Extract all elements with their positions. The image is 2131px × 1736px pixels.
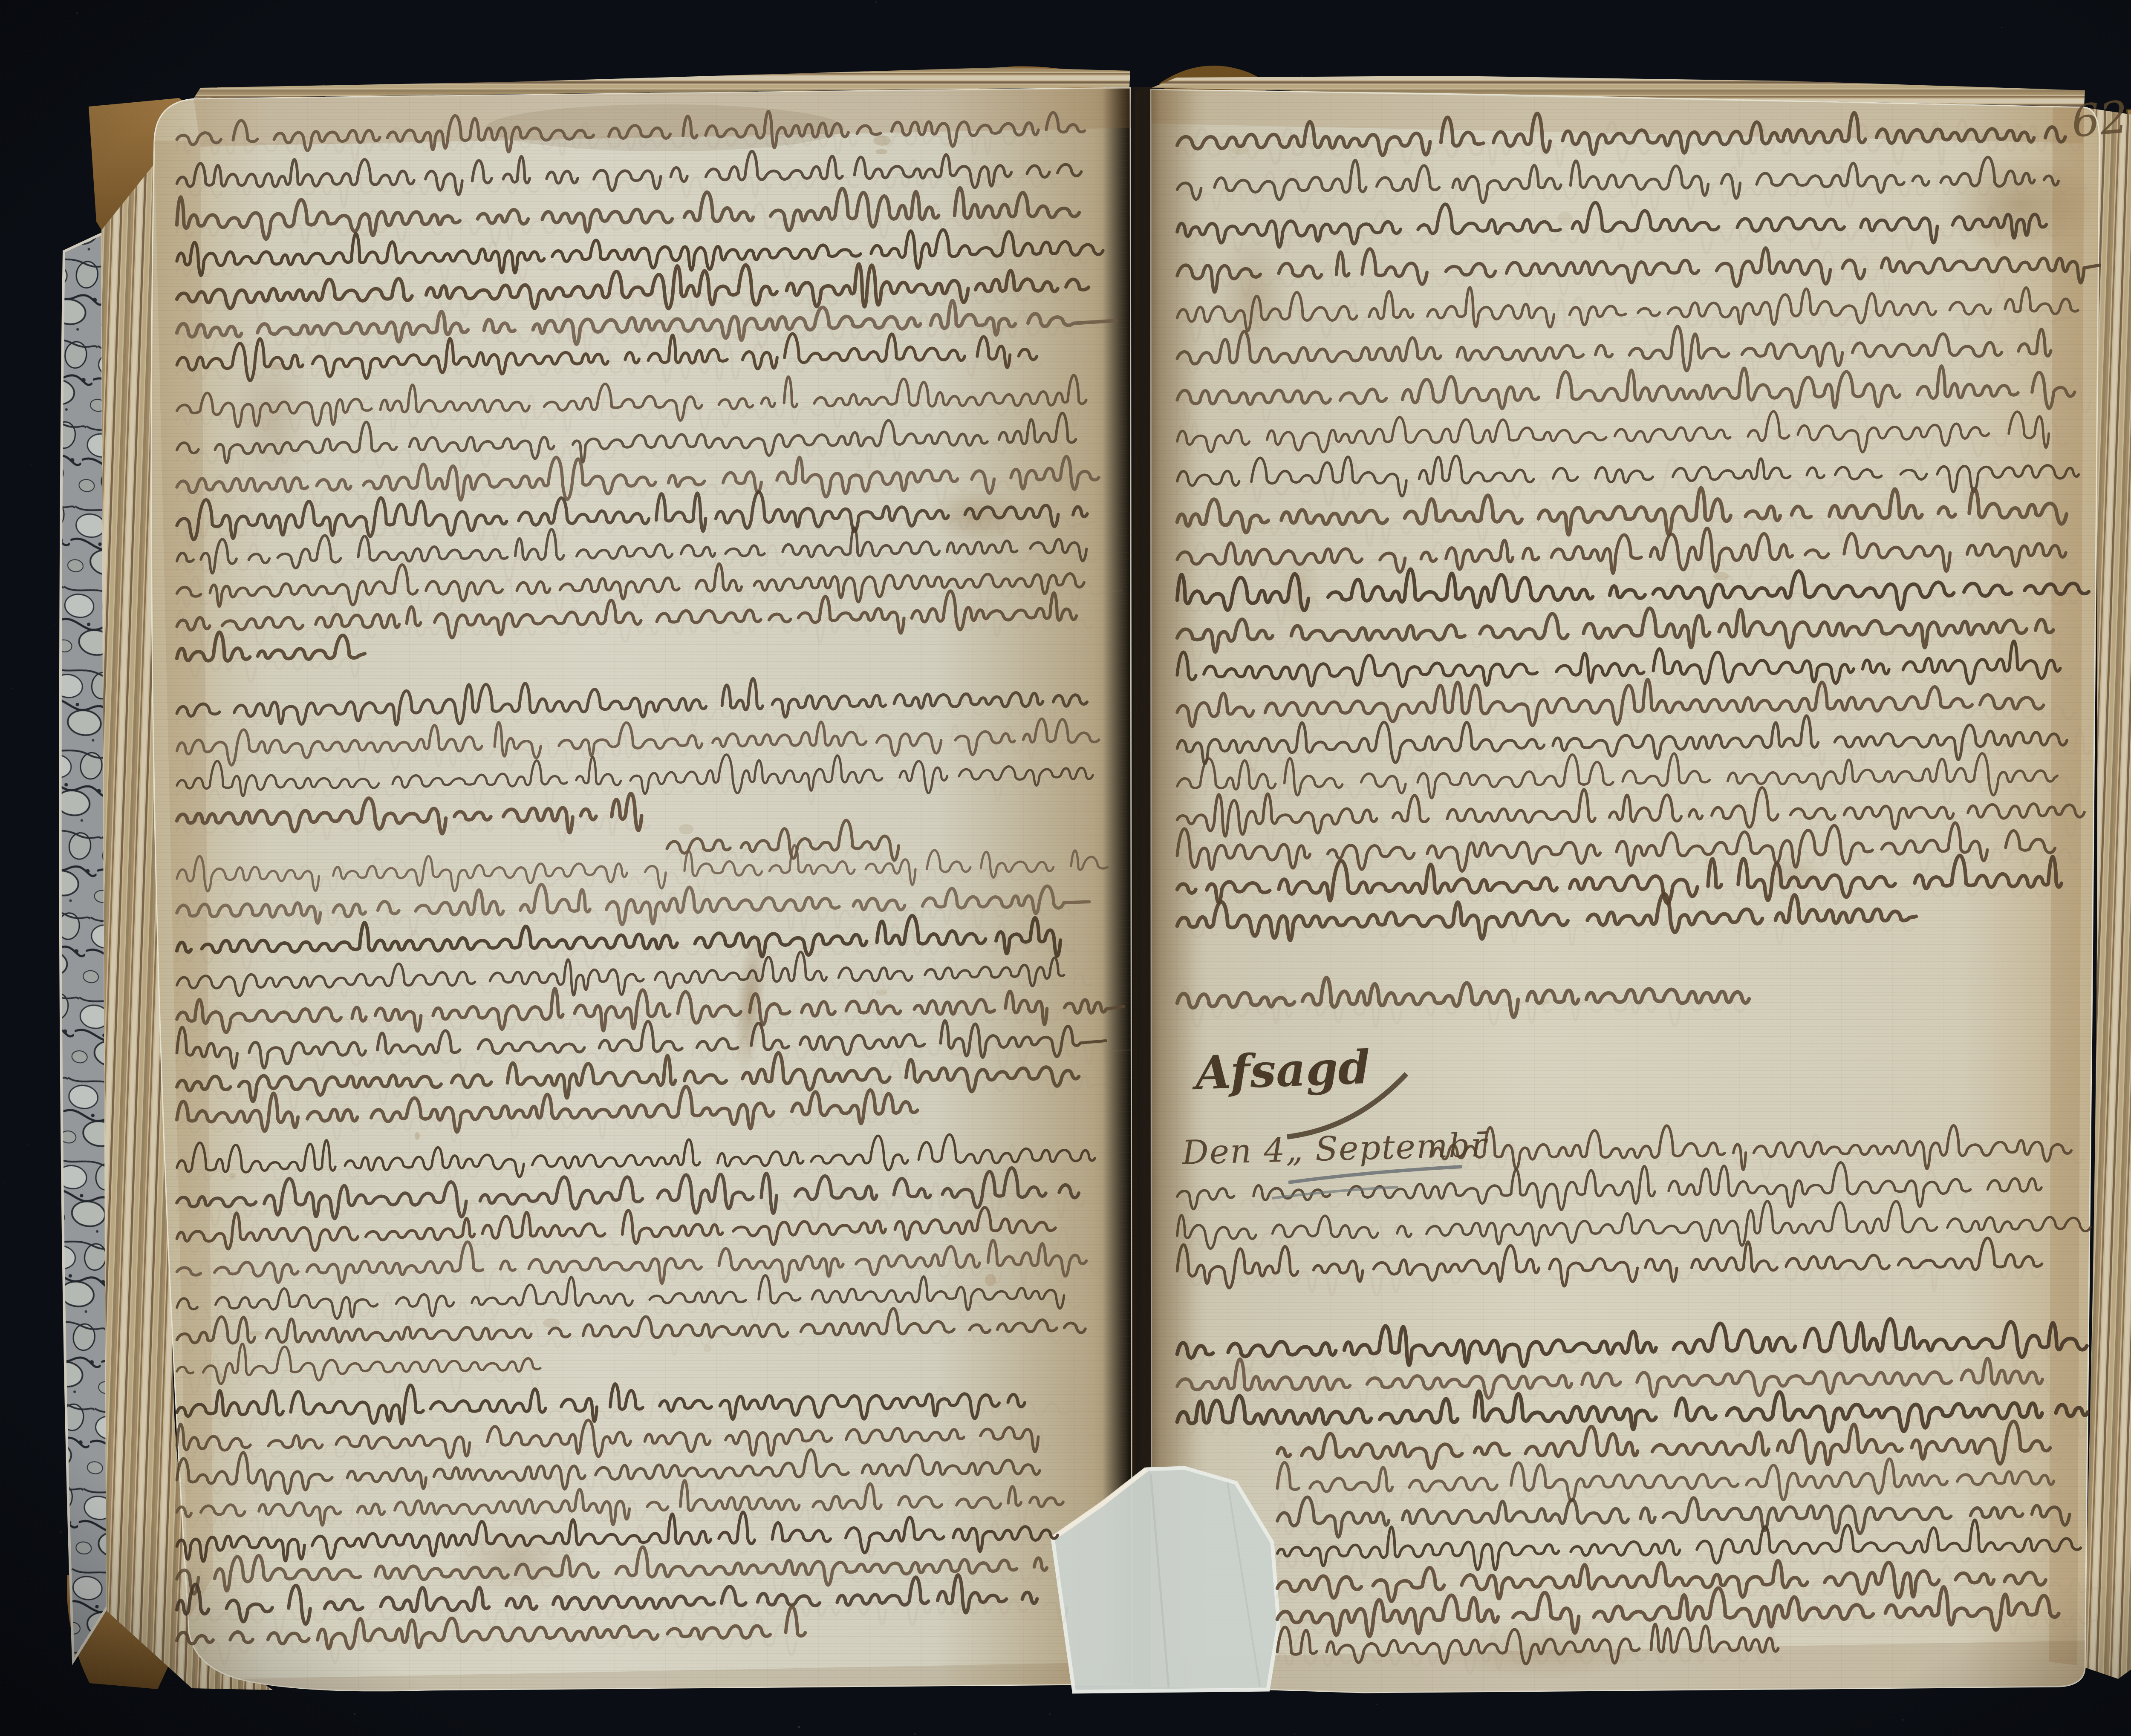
- manuscript-photo: 62 Afsagd Den 4„ Septembr̄: [0, 0, 2131, 1736]
- photo-canvas: 62 Afsagd Den 4„ Septembr̄: [0, 0, 2131, 1736]
- photo-vignette: [0, 0, 2131, 1736]
